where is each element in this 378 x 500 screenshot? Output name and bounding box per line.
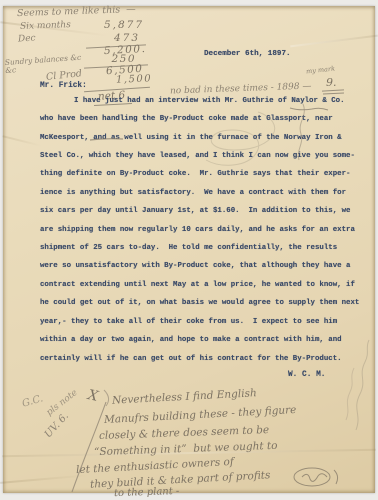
body-line: certainly will if he can get out of his …: [40, 355, 342, 363]
ledger-row-label: Six months: [20, 20, 71, 32]
scanned-letter-page: { "document": { "date": "December 6th, 1…: [0, 0, 378, 500]
body-line: were so unsatisfactory with By-Product c…: [40, 262, 350, 270]
body-line: within a day or two again, and hope to m…: [40, 336, 342, 344]
body-line: contract extending until next May at a l…: [40, 281, 355, 289]
body-line: McKeesport, and as well using it in the …: [40, 134, 342, 142]
body-line: I have just had an interview with Mr. Gu…: [74, 97, 345, 105]
body-line: Steel Co., which they have leased, and I…: [40, 152, 355, 160]
margin-note-9: 9.: [326, 76, 337, 89]
body-line: thing definite on By-Product coke. Mr. G…: [40, 170, 350, 178]
body-line: he could get out of it, on what basis we…: [40, 299, 359, 307]
body-line: who have been handling the By-Product co…: [40, 115, 333, 123]
body-line: are shipping them now regularly 10 cars …: [40, 226, 355, 234]
footnote-line: to the plant -: [114, 486, 180, 499]
letter-salutation: Mr. Frick:: [40, 82, 87, 90]
ledger-row-value: 473: [114, 32, 140, 44]
body-line: ience is anything but satisfactory. We h…: [40, 189, 346, 197]
ledger-row-label: Dec: [18, 34, 36, 45]
letter-signature: W. C. M.: [288, 371, 325, 379]
letter-date: December 6th, 1897.: [204, 50, 291, 58]
ledger-row-value: 5,877: [104, 19, 144, 31]
ledger-row-value: 1,500: [116, 73, 153, 85]
body-line: shipment of 25 cars to-day. He told me c…: [40, 244, 337, 252]
body-line: six cars per day until January 1st, at $…: [40, 207, 350, 215]
body-line: year,- they to take all of their coke fr…: [40, 318, 337, 326]
